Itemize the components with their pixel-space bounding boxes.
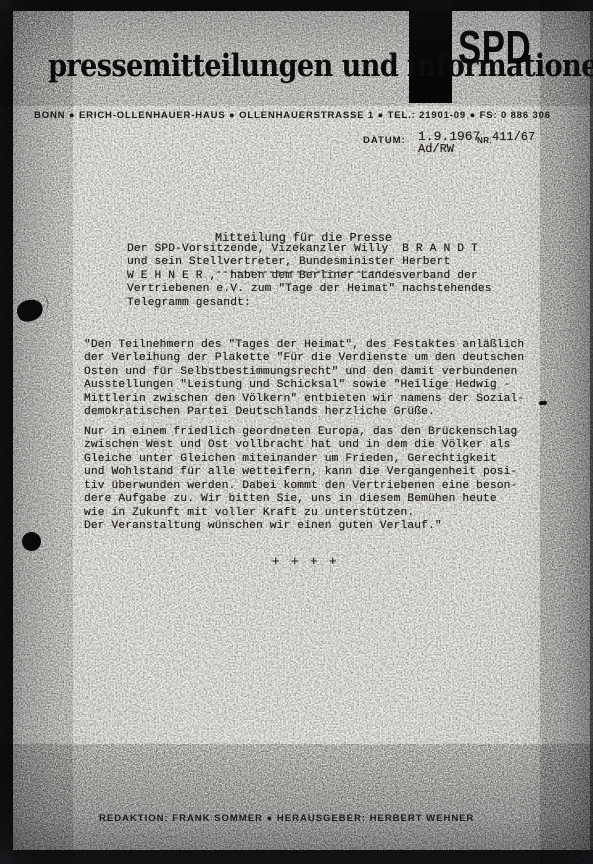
spd-logo: SPD <box>458 24 531 72</box>
punch-hole-bottom <box>22 532 41 551</box>
paragraph-intro: Der SPD-Vorsitzende, Vizekanzler Willy B… <box>127 243 492 310</box>
punch-hole-top <box>15 297 46 324</box>
reference-code: Ad/RW <box>418 142 454 156</box>
paragraph-telegram-1: "Den Teilnehmern des "Tages der Heimat",… <box>84 339 524 420</box>
end-separator: + + + + <box>272 555 339 569</box>
number-value: 411/67 <box>492 130 535 144</box>
scan-border-bottom <box>0 850 593 864</box>
scan-border-top <box>0 0 593 11</box>
scanned-press-release-page: pressemitteilungen und informationen SPD… <box>0 0 593 864</box>
date-label: DATUM: <box>363 135 406 146</box>
scan-border-left <box>0 0 13 864</box>
number-label: NR. <box>477 136 492 145</box>
masthead-address-line: BONN ● ERICH-OLLENHAUER-HAUS ● OLLENHAUE… <box>34 110 551 121</box>
footer-credits: REDAKTION: FRANK SOMMER ● HERAUSGEBER: H… <box>99 813 474 824</box>
paragraph-telegram-2: Nur in einem friedlich geordneten Europa… <box>84 426 517 520</box>
paragraph-closing: Der Veranstaltung wünschen wir einen gut… <box>84 520 442 533</box>
scan-stray-mark <box>539 401 547 405</box>
